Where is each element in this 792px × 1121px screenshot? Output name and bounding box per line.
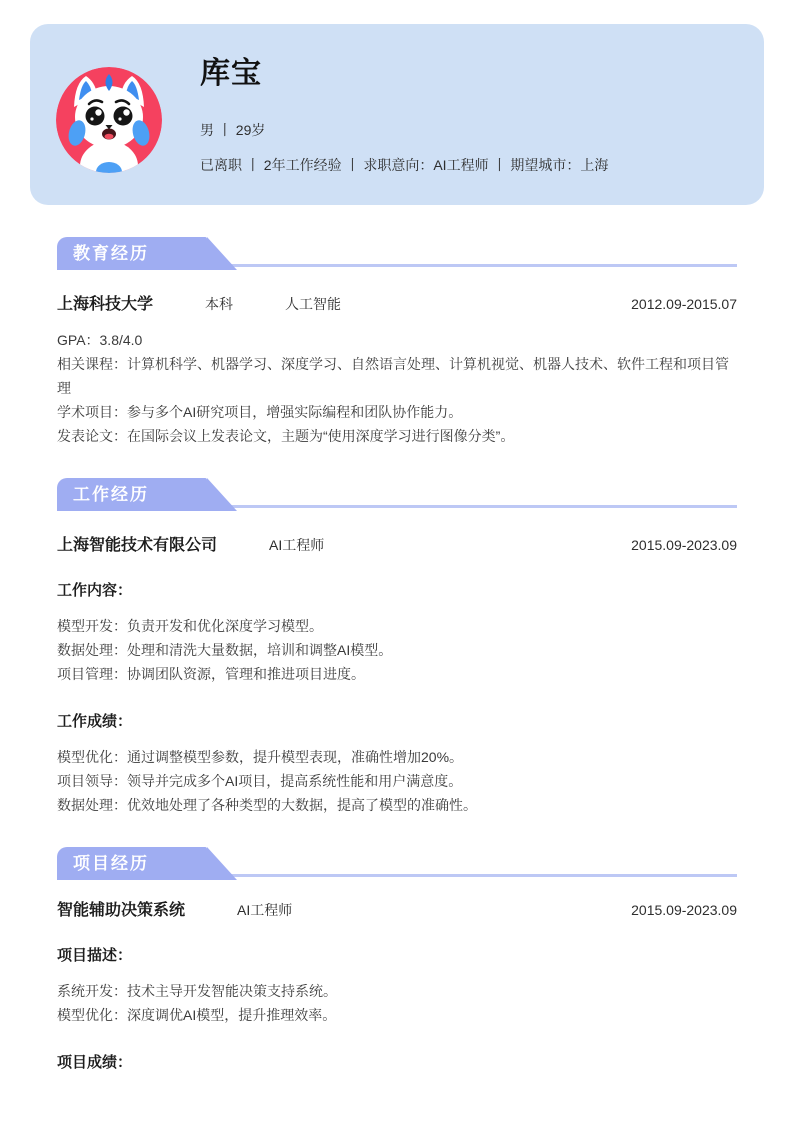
degree: 本科	[205, 294, 233, 314]
company-name: 上海智能技术有限公司	[57, 532, 217, 555]
work-entry: 上海智能技术有限公司 AI工程师 2015.09-2023.09	[57, 532, 737, 555]
project-date: 2015.09-2023.09	[631, 902, 737, 918]
candidate-name: 库宝	[200, 56, 740, 92]
project-entry: 智能辅助决策系统 AI工程师 2015.09-2023.09	[57, 897, 737, 920]
profile-summary: 已离职 丨 2年工作经验 丨 求职意向：AI工程师 丨 期望城市：上海	[200, 155, 740, 175]
project-achievement-label: 项目成绩：	[57, 1051, 737, 1072]
section-project: 项目经历 智能辅助决策系统 AI工程师 2015.09-2023.09 项目描述…	[57, 847, 737, 1072]
section-work: 工作经历 上海智能技术有限公司 AI工程师 2015.09-2023.09 工作…	[57, 478, 737, 817]
section-title: 教育经历	[73, 239, 149, 269]
detail-line: 模型开发：负责开发和优化深度学习模型。	[57, 614, 737, 638]
detail-line: 数据处理：优效地处理了各种类型的大数据，提高了模型的准确性。	[57, 793, 737, 817]
cat-mascot-icon	[56, 67, 162, 173]
detail-line: 模型优化：通过调整模型参数，提升模型表现，准确性增加20%。	[57, 745, 737, 769]
detail-line: 相关课程：计算机科学、机器学习、深度学习、自然语言处理、计算机视觉、机器人技术、…	[57, 352, 737, 400]
section-title: 工作经历	[73, 480, 149, 510]
job-title: AI工程师	[269, 535, 324, 555]
section-tab: 工作经历	[57, 478, 207, 511]
work-achievement-label: 工作成绩：	[57, 710, 737, 731]
work-achievements: 模型优化：通过调整模型参数，提升模型表现，准确性增加20%。 项目领导：领导并完…	[57, 745, 737, 817]
section-education: 教育经历 上海科技大学 本科 人工智能 2012.09-2015.07 GPA：…	[57, 237, 737, 448]
detail-line: 系统开发：技术主导开发智能决策支持系统。	[57, 979, 737, 1003]
major: 人工智能	[285, 294, 341, 314]
project-name: 智能辅助决策系统	[57, 897, 185, 920]
detail-line: 项目管理：协调团队资源，管理和推进项目进度。	[57, 662, 737, 686]
school-name: 上海科技大学	[57, 291, 153, 314]
resume-page: 库宝 男 丨 29岁 已离职 丨 2年工作经验 丨 求职意向：AI工程师 丨 期…	[0, 0, 792, 1121]
education-entry: 上海科技大学 本科 人工智能 2012.09-2015.07	[57, 291, 737, 314]
section-header: 工作经历	[57, 478, 737, 508]
profile-info: 库宝 男 丨 29岁 已离职 丨 2年工作经验 丨 求职意向：AI工程师 丨 期…	[200, 56, 740, 175]
profile-header-card: 库宝 男 丨 29岁 已离职 丨 2年工作经验 丨 求职意向：AI工程师 丨 期…	[30, 24, 764, 205]
project-desc-label: 项目描述：	[57, 944, 737, 965]
detail-line: GPA：3.8/4.0	[57, 328, 737, 352]
work-content-label: 工作内容：	[57, 579, 737, 600]
detail-line: 模型优化：深度调优AI模型，提升推理效率。	[57, 1003, 737, 1027]
education-details: GPA：3.8/4.0 相关课程：计算机科学、机器学习、深度学习、自然语言处理、…	[57, 328, 737, 448]
avatar	[56, 67, 162, 173]
gender-age: 男 丨 29岁	[200, 120, 740, 140]
work-content: 模型开发：负责开发和优化深度学习模型。 数据处理：处理和清洗大量数据，培训和调整…	[57, 614, 737, 686]
detail-line: 发表论文：在国际会议上发表论文，主题为“使用深度学习进行图像分类”。	[57, 424, 737, 448]
education-date: 2012.09-2015.07	[631, 296, 737, 312]
resume-body: 教育经历 上海科技大学 本科 人工智能 2012.09-2015.07 GPA：…	[57, 205, 737, 1072]
detail-line: 项目领导：领导并完成多个AI项目，提高系统性能和用户满意度。	[57, 769, 737, 793]
detail-line: 数据处理：处理和清洗大量数据，培训和调整AI模型。	[57, 638, 737, 662]
section-title: 项目经历	[73, 849, 149, 879]
project-descriptions: 系统开发：技术主导开发智能决策支持系统。 模型优化：深度调优AI模型，提升推理效…	[57, 979, 737, 1027]
section-tab: 教育经历	[57, 237, 207, 270]
project-role: AI工程师	[237, 900, 292, 920]
section-tab: 项目经历	[57, 847, 207, 880]
detail-line: 学术项目：参与多个AI研究项目，增强实际编程和团队协作能力。	[57, 400, 737, 424]
section-header: 项目经历	[57, 847, 737, 877]
work-date: 2015.09-2023.09	[631, 537, 737, 553]
section-header: 教育经历	[57, 237, 737, 267]
